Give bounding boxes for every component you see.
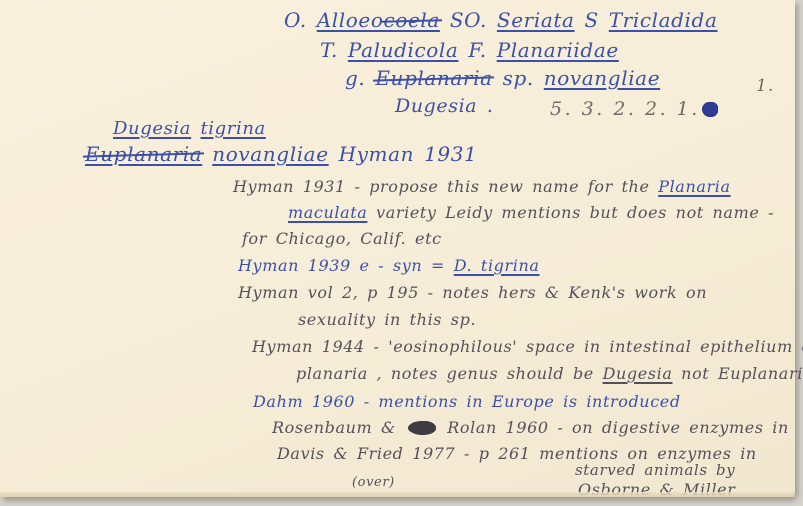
handwriting-layer: O. Alloeocoela SO. Seriata S TricladidaT… [0, 0, 795, 497]
index-card: 1. 5. 3. 2. 2. 1. O. Alloeocoela SO. Ser… [0, 0, 795, 497]
handwritten-text: Paludicola [348, 38, 459, 62]
handwritten-text: Rolan 1960 - on digestive enzymes in [439, 418, 789, 437]
handwritten-text: g. [345, 66, 375, 90]
handwritten-text: Hyman 1939 e - syn = [238, 256, 454, 275]
handwritten-text: O. [284, 8, 317, 32]
handwritten-text: Hyman 1944 - 'eosinophilous' space in in… [252, 337, 803, 356]
handwritten-text: maculata [288, 203, 367, 222]
handwritten-line: Dugesia tigrina [113, 118, 266, 141]
handwritten-text: D. tigrina [454, 256, 540, 275]
handwritten-text: sexuality in this sp. [298, 310, 476, 329]
handwritten-line: Hyman 1931 - propose this new name for t… [233, 177, 731, 197]
handwritten-text: Hyman 1931 [329, 142, 478, 166]
handwritten-line: Euplanaria novangliae Hyman 1931 [85, 142, 477, 167]
handwritten-text: planaria , notes genus should be [296, 364, 603, 383]
handwritten-text: Dugesia . [395, 95, 494, 117]
handwritten-text: (over) [352, 475, 395, 490]
handwritten-text: F. [458, 38, 496, 62]
handwritten-line: Osborne & Miller [578, 480, 736, 500]
handwritten-text: Hyman 1931 - propose this new name for t… [233, 177, 658, 196]
handwritten-line: T. Paludicola F. Planariidae [320, 38, 619, 63]
handwritten-text: Seriata [497, 8, 575, 32]
handwritten-text: S [575, 8, 609, 32]
scanned-index-card-page: { "colors": { "ink_blue": "#3c50a8", "in… [0, 0, 803, 506]
handwritten-text: Euplanaria [375, 66, 492, 90]
handwritten-text: novangliae [212, 142, 328, 166]
handwritten-line: Hyman vol 2, p 195 - notes hers & Kenk's… [238, 283, 707, 303]
handwritten-text: Euplanaria [85, 142, 202, 166]
handwritten-text: Dugesia [603, 364, 673, 383]
handwritten-line: maculata variety Leidy mentions but does… [288, 203, 774, 223]
handwritten-text: Dugesia [113, 118, 191, 139]
handwritten-text: variety Leidy mentions but does not name… [367, 203, 774, 222]
handwritten-line: Dahm 1960 - mentions in Europe is introd… [253, 392, 681, 412]
handwritten-text: Planariidae [497, 38, 619, 62]
handwritten-text: not Euplanaria [672, 364, 803, 383]
handwritten-line: Dugesia . [395, 95, 494, 119]
handwritten-line: O. Alloeocoela SO. Seriata S Tricladida [284, 8, 717, 33]
handwritten-line: for Chicago, Calif. etc [242, 229, 442, 249]
handwritten-line: Hyman 1939 e - syn = D. tigrina [238, 256, 540, 276]
handwritten-line: Rosenbaum & Rolan 1960 - on digestive en… [272, 418, 789, 438]
handwritten-line: sexuality in this sp. [298, 310, 476, 330]
handwritten-text: starved animals by [575, 461, 735, 479]
handwritten-line: starved animals by [575, 461, 735, 480]
handwritten-text: Alloeo [317, 8, 384, 32]
handwritten-text: Rosenbaum & [272, 418, 405, 437]
handwritten-line: planaria , notes genus should be Dugesia… [296, 364, 803, 384]
handwritten-text: for Chicago, Calif. etc [242, 229, 442, 248]
handwritten-text: Tricladida [609, 8, 718, 32]
handwritten-text: Osborne & Miller [578, 480, 736, 499]
handwritten-text: tigrina [200, 118, 265, 139]
handwritten-text: SO. [440, 8, 497, 32]
handwritten-line: Hyman 1944 - 'eosinophilous' space in in… [252, 337, 803, 357]
handwritten-line: (over) [352, 475, 395, 491]
handwritten-text: novangliae [544, 66, 660, 90]
handwritten-text: Planaria [658, 177, 730, 196]
handwritten-text: Hyman vol 2, p 195 - notes hers & Kenk's… [238, 283, 707, 302]
handwritten-text: Dahm 1960 - mentions in Europe is introd… [253, 392, 681, 411]
handwritten-text: sp. [493, 66, 544, 90]
handwritten-text: coela [384, 8, 440, 32]
handwritten-text: T. [320, 38, 348, 62]
scribble-blob [409, 421, 435, 434]
handwritten-line: g. Euplanaria sp. novangliae [345, 66, 660, 91]
